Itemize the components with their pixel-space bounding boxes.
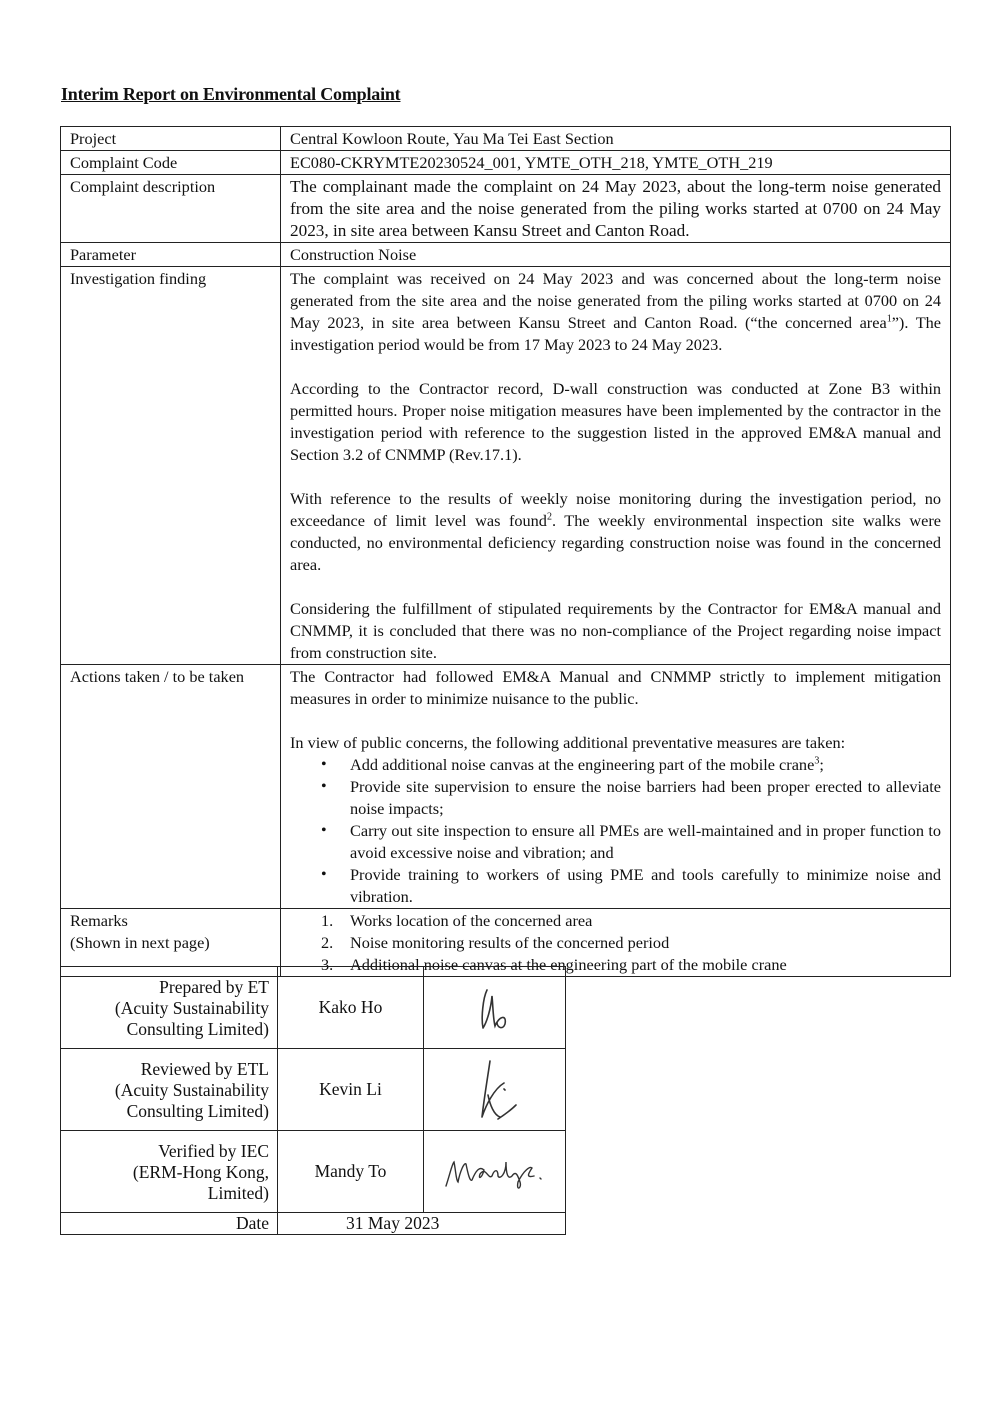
measures-list: Add additional noise canvas at the engin…	[290, 754, 941, 908]
project-label: Project	[61, 127, 281, 151]
project-value: Central Kowloon Route, Yau Ma Tei East S…	[281, 127, 951, 151]
date-value: 31 May 2023	[278, 1213, 566, 1235]
signoff-row-prepared: Prepared by ET (Acuity Sustainability Co…	[61, 967, 566, 1049]
date-label: Date	[61, 1213, 278, 1235]
verified-by-role: Verified by IEC (ERM-Hong Kong, Limited)	[61, 1131, 278, 1213]
measure-item: Provide site supervision to ensure the n…	[350, 776, 941, 820]
signature-icon	[460, 1055, 530, 1125]
measure-item: Add additional noise canvas at the engin…	[350, 754, 941, 776]
row-actions: Actions taken / to be taken The Contract…	[61, 665, 951, 909]
signoff-row-reviewed: Reviewed by ETL (Acuity Sustainability C…	[61, 1049, 566, 1131]
signature-icon	[465, 978, 525, 1038]
finding-paragraph-4: Considering the fulfillment of stipulate…	[290, 598, 941, 664]
reviewed-by-role: Reviewed by ETL (Acuity Sustainability C…	[61, 1049, 278, 1131]
row-complaint-description: Complaint description The complainant ma…	[61, 175, 951, 243]
signature-icon	[440, 1152, 550, 1192]
signoff-row-date: Date 31 May 2023	[61, 1213, 566, 1235]
row-parameter: Parameter Construction Noise	[61, 243, 951, 267]
remark-item: 2.Noise monitoring results of the concer…	[350, 932, 941, 954]
remark-item: 1.Works location of the concerned area	[350, 910, 941, 932]
actions-value: The Contractor had followed EM&A Manual …	[281, 665, 951, 909]
parameter-value: Construction Noise	[281, 243, 951, 267]
row-project: Project Central Kowloon Route, Yau Ma Te…	[61, 127, 951, 151]
finding-paragraph-3: With reference to the results of weekly …	[290, 488, 941, 576]
actions-label: Actions taken / to be taken	[61, 665, 281, 909]
complaint-code-label: Complaint Code	[61, 151, 281, 175]
complaint-code-value: EC080-CKRYMTE20230524_001, YMTE_OTH_218,…	[281, 151, 951, 175]
complaint-details-table: Project Central Kowloon Route, Yau Ma Te…	[60, 126, 951, 977]
actions-paragraph-2: In view of public concerns, the followin…	[290, 732, 941, 754]
measure-item: Provide training to workers of using PME…	[350, 864, 941, 908]
reviewed-by-name: Kevin Li	[278, 1049, 424, 1131]
verified-by-signature	[424, 1131, 566, 1213]
prepared-by-signature	[424, 967, 566, 1049]
signoff-row-verified: Verified by IEC (ERM-Hong Kong, Limited)…	[61, 1131, 566, 1213]
verified-by-name: Mandy To	[278, 1131, 424, 1213]
report-title: Interim Report on Environmental Complain…	[61, 84, 400, 105]
measure-item: Carry out site inspection to ensure all …	[350, 820, 941, 864]
complaint-description-value: The complainant made the complaint on 24…	[281, 175, 951, 243]
row-complaint-code: Complaint Code EC080-CKRYMTE20230524_001…	[61, 151, 951, 175]
finding-paragraph-1: The complaint was received on 24 May 202…	[290, 268, 941, 356]
investigation-finding-value: The complaint was received on 24 May 202…	[281, 267, 951, 665]
prepared-by-role: Prepared by ET (Acuity Sustainability Co…	[61, 967, 278, 1049]
row-investigation-finding: Investigation finding The complaint was …	[61, 267, 951, 665]
remarks-sublabel: (Shown in next page)	[70, 932, 271, 954]
signoff-table: Prepared by ET (Acuity Sustainability Co…	[60, 966, 566, 1235]
complaint-description-label: Complaint description	[61, 175, 281, 243]
actions-paragraph-1: The Contractor had followed EM&A Manual …	[290, 666, 941, 710]
prepared-by-name: Kako Ho	[278, 967, 424, 1049]
finding-paragraph-2: According to the Contractor record, D-wa…	[290, 378, 941, 466]
parameter-label: Parameter	[61, 243, 281, 267]
reviewed-by-signature	[424, 1049, 566, 1131]
investigation-finding-label: Investigation finding	[61, 267, 281, 665]
